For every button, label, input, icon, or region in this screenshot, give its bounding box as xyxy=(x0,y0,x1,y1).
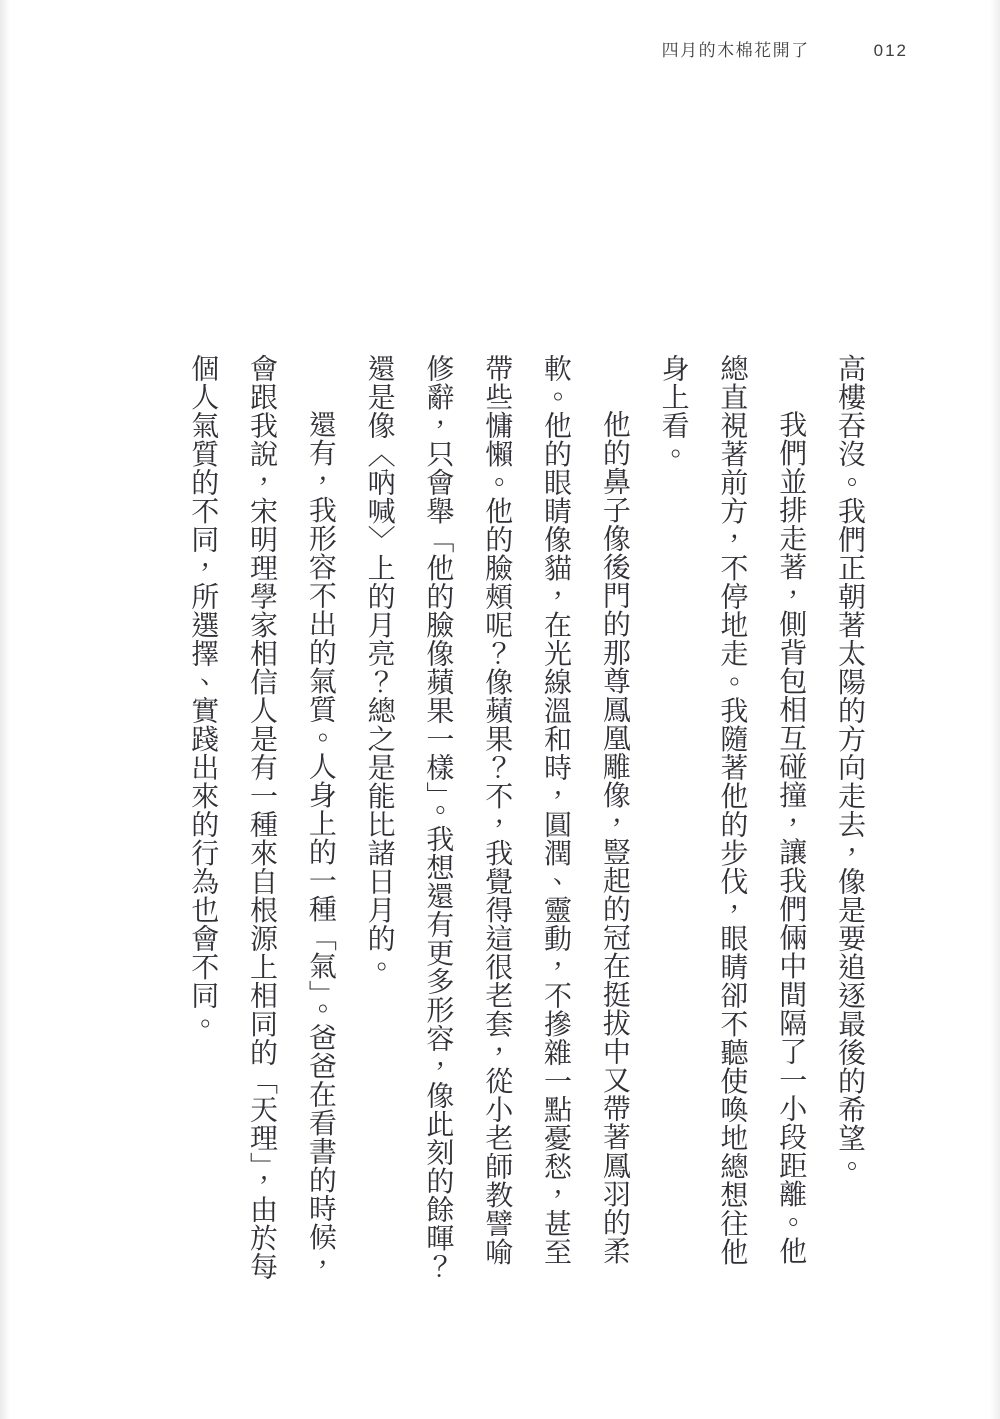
book-page: 四月的木棉花開了 012 高樓吞沒。我們正朝著太陽的方向走去，像是要追逐最後的希… xyxy=(0,0,1000,1419)
paragraph-continuation: 高樓吞沒。我們正朝著太陽的方向走去，像是要追逐最後的希望。 xyxy=(819,354,878,1286)
paragraph: 我們並排走著，側背包相互碰撞，讓我們倆中間隔了一小段距離。他總直視著前方，不停地… xyxy=(643,354,819,1286)
paragraph: 還有，我形容不出的氣質。人身上的一種「氣」。爸爸在看書的時候，會跟我說，宋明理學… xyxy=(172,354,348,1286)
scan-edge-left xyxy=(0,0,10,1419)
running-title: 四月的木棉花開了 xyxy=(662,36,810,61)
body-text: 高樓吞沒。我們正朝著太陽的方向走去，像是要追逐最後的希望。 我們並排走著，側背包… xyxy=(172,354,878,1286)
page-number: 012 xyxy=(874,41,908,61)
running-header: 四月的木棉花開了 012 xyxy=(662,36,908,61)
paragraph: 他的鼻子像後門的那尊鳳凰雕像，豎起的冠在挺拔中又帶著鳳羽的柔軟。他的眼睛像貓，在… xyxy=(349,354,643,1286)
scan-edge-right xyxy=(990,0,1000,1419)
